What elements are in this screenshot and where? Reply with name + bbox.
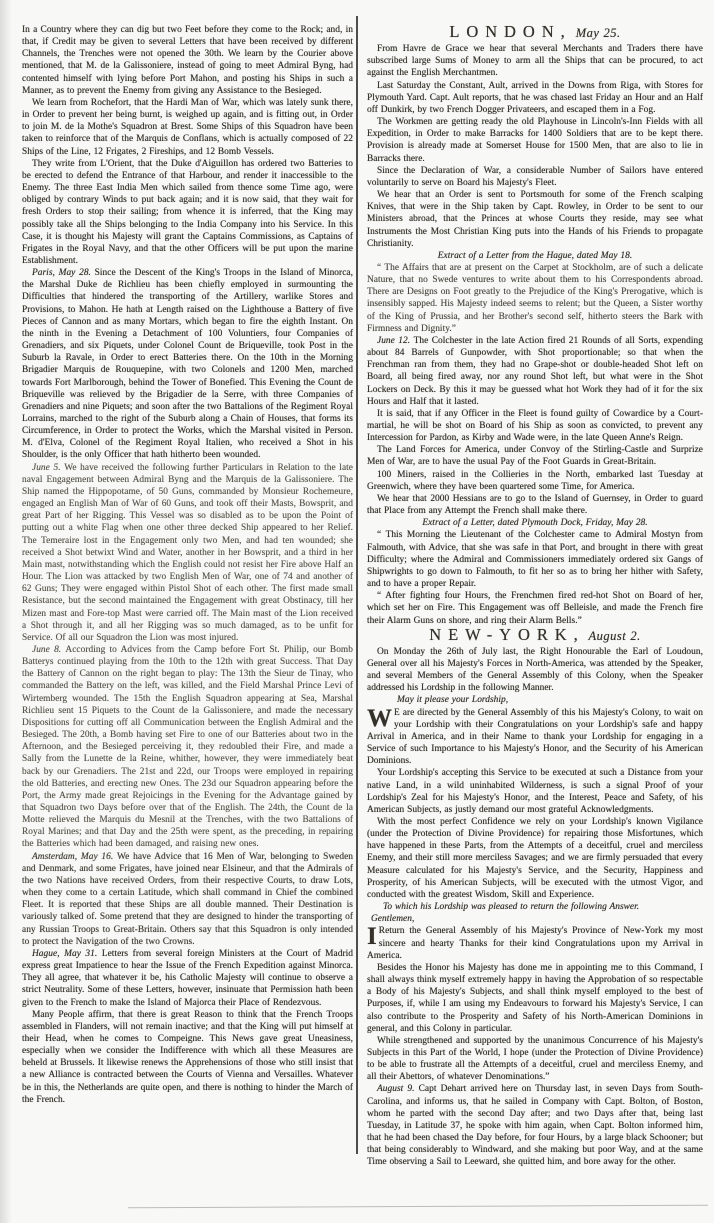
news-paragraph: IReturn the General Assembly of his Maje…: [367, 925, 703, 961]
extract-heading: Extract of a Letter from the Hague, date…: [367, 250, 703, 262]
address-line: Gentlemen,: [367, 913, 703, 925]
news-paragraph: Paris, May 28. Since the Descent of the …: [22, 267, 353, 462]
news-paragraph: We hear that 2000 Hessians are to go to …: [367, 493, 703, 517]
section-heading-city: NEW-YORK,: [429, 625, 584, 644]
attribution-line: To which his Lordship was pleased to ret…: [367, 901, 703, 913]
news-paragraph: Besides the Honor his Majesty has done m…: [367, 962, 703, 1035]
dateline: Hague, May 31.: [32, 949, 102, 959]
news-paragraph: We hear that an Order is sent to Portsmo…: [367, 189, 703, 250]
left-column: In a Country where they can dig but two …: [22, 24, 353, 1106]
dateline: Paris, May 28.: [32, 268, 95, 278]
news-paragraph: August 9. Capt Dehart arrived here on Th…: [367, 1083, 703, 1168]
news-paragraph: We learn from Rochefort, that the Hardi …: [22, 97, 353, 158]
news-paragraph: The Land Forces for America, under Convo…: [367, 444, 703, 468]
news-paragraph: Your Lordship's accepting this Service t…: [367, 767, 703, 816]
news-paragraph: “ After fighting four Hours, the Frenchm…: [367, 590, 703, 626]
dateline: June 8.: [32, 645, 65, 655]
drop-cap: I: [367, 925, 379, 947]
dateline: Amsterdam, May 16.: [32, 852, 117, 862]
section-heading: NEW-YORK, August 2.: [367, 629, 703, 644]
news-paragraph: With the most perfect Confidence we rely…: [367, 816, 703, 901]
news-paragraph: June 8. According to Advices from the Ca…: [22, 644, 353, 851]
dateline: June 5.: [32, 463, 64, 473]
drop-cap: W: [367, 707, 394, 729]
news-paragraph: WE are directed by the General Assembly …: [367, 707, 703, 768]
news-paragraph: From Havre de Grace we hear that several…: [367, 43, 703, 79]
section-heading: LONDON, May 25.: [367, 26, 703, 41]
news-paragraph: Last Saturday the Constant, Ault, arrive…: [367, 80, 703, 116]
news-paragraph: While strengthened and supported by the …: [367, 1035, 703, 1084]
section-heading-date: August 2.: [585, 629, 641, 643]
news-paragraph: June 12. The Colchester in the late Acti…: [367, 335, 703, 408]
news-paragraph: It is said, that if any Officer in the F…: [367, 408, 703, 444]
news-paragraph: June 5. We have received the following f…: [22, 462, 353, 644]
salutation-line: May it please your Lordship,: [367, 694, 703, 706]
column-divider-rule: [356, 16, 358, 1154]
news-paragraph: “ This Morning the Lieutenant of the Col…: [367, 529, 703, 590]
scan-artifact-line: [128, 1205, 708, 1209]
news-paragraph: The Workmen are getting ready the old Pl…: [367, 116, 703, 165]
news-paragraph: Hague, May 31. Letters from several fore…: [22, 948, 353, 1009]
newspaper-scan-page: In a Country where they can dig but two …: [0, 0, 714, 1223]
dateline: August 9.: [377, 1084, 419, 1094]
news-paragraph: Since the Declaration of War, a consider…: [367, 165, 703, 189]
section-heading-date: May 25.: [572, 26, 621, 40]
news-paragraph: Many People affirm, that there is great …: [22, 1009, 353, 1106]
news-paragraph: They write from L'Orient, that the Duke …: [22, 158, 353, 267]
scan-edge-shadow: [0, 0, 12, 1223]
news-paragraph: In a Country where they can dig but two …: [22, 24, 353, 97]
right-column: LONDON, May 25.From Havre de Grace we he…: [367, 24, 703, 1169]
section-heading-city: LONDON,: [449, 22, 571, 41]
news-paragraph: 100 Miners, raised in the Collieries in …: [367, 469, 703, 493]
news-paragraph: “ The Affairs that are at present on the…: [367, 262, 703, 335]
news-paragraph: Amsterdam, May 16. We have Advice that 1…: [22, 851, 353, 948]
dateline: June 12.: [377, 336, 414, 346]
extract-heading: Extract of a Letter, dated Plymouth Dock…: [367, 517, 703, 529]
news-paragraph: On Monday the 26th of July last, the Rig…: [367, 646, 703, 695]
